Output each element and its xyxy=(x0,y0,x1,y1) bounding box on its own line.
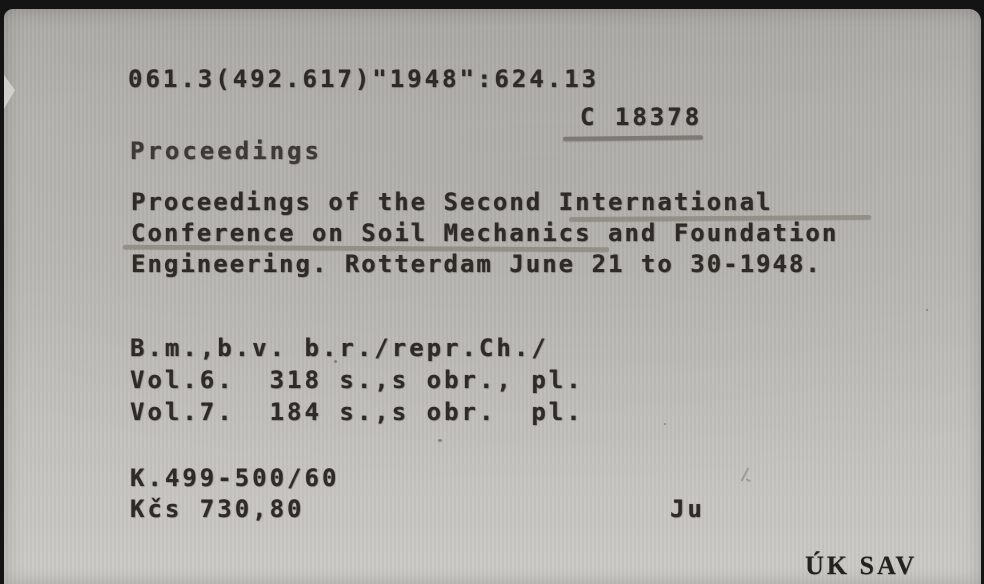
main-entry-heading: Proceedings xyxy=(130,138,322,164)
classification-number: 061.3(492.617)"1948":624.13 xyxy=(128,66,599,92)
accession-number: C 18378 xyxy=(580,104,702,130)
cataloger-initials: Ju xyxy=(670,496,705,522)
title-line-1: Proceedings of the Second International xyxy=(131,189,773,215)
library-stamp: ÚK SAV xyxy=(805,551,917,581)
paper-speck xyxy=(334,360,337,363)
pencil-mark xyxy=(741,467,750,481)
price: Kčs 730,80 xyxy=(130,496,305,522)
volume-line-1: Vol.6. 318 s.,s obr., pl. xyxy=(130,367,584,393)
accession-underline xyxy=(563,135,703,140)
scan-background: 061.3(492.617)"1948":624.13 C 18378 Proc… xyxy=(0,0,984,584)
paper-chip xyxy=(4,75,15,109)
acquisition-number: K.499-500/60 xyxy=(130,465,339,491)
imprint-statement: B.m.,b.v. b.r./repr.Ch./ xyxy=(130,335,549,361)
title-line-3: Engineering. Rotterdam June 21 to 30-194… xyxy=(131,251,822,277)
paper-speck xyxy=(926,309,928,311)
paper-speck xyxy=(664,423,666,425)
title-line-2: Conference on Soil Mechanics and Foundat… xyxy=(131,220,838,246)
catalog-card: 061.3(492.617)"1948":624.13 C 18378 Proc… xyxy=(4,9,981,584)
volume-line-2: Vol.7. 184 s.,s obr. pl. xyxy=(130,399,584,425)
paper-speck xyxy=(438,439,442,442)
